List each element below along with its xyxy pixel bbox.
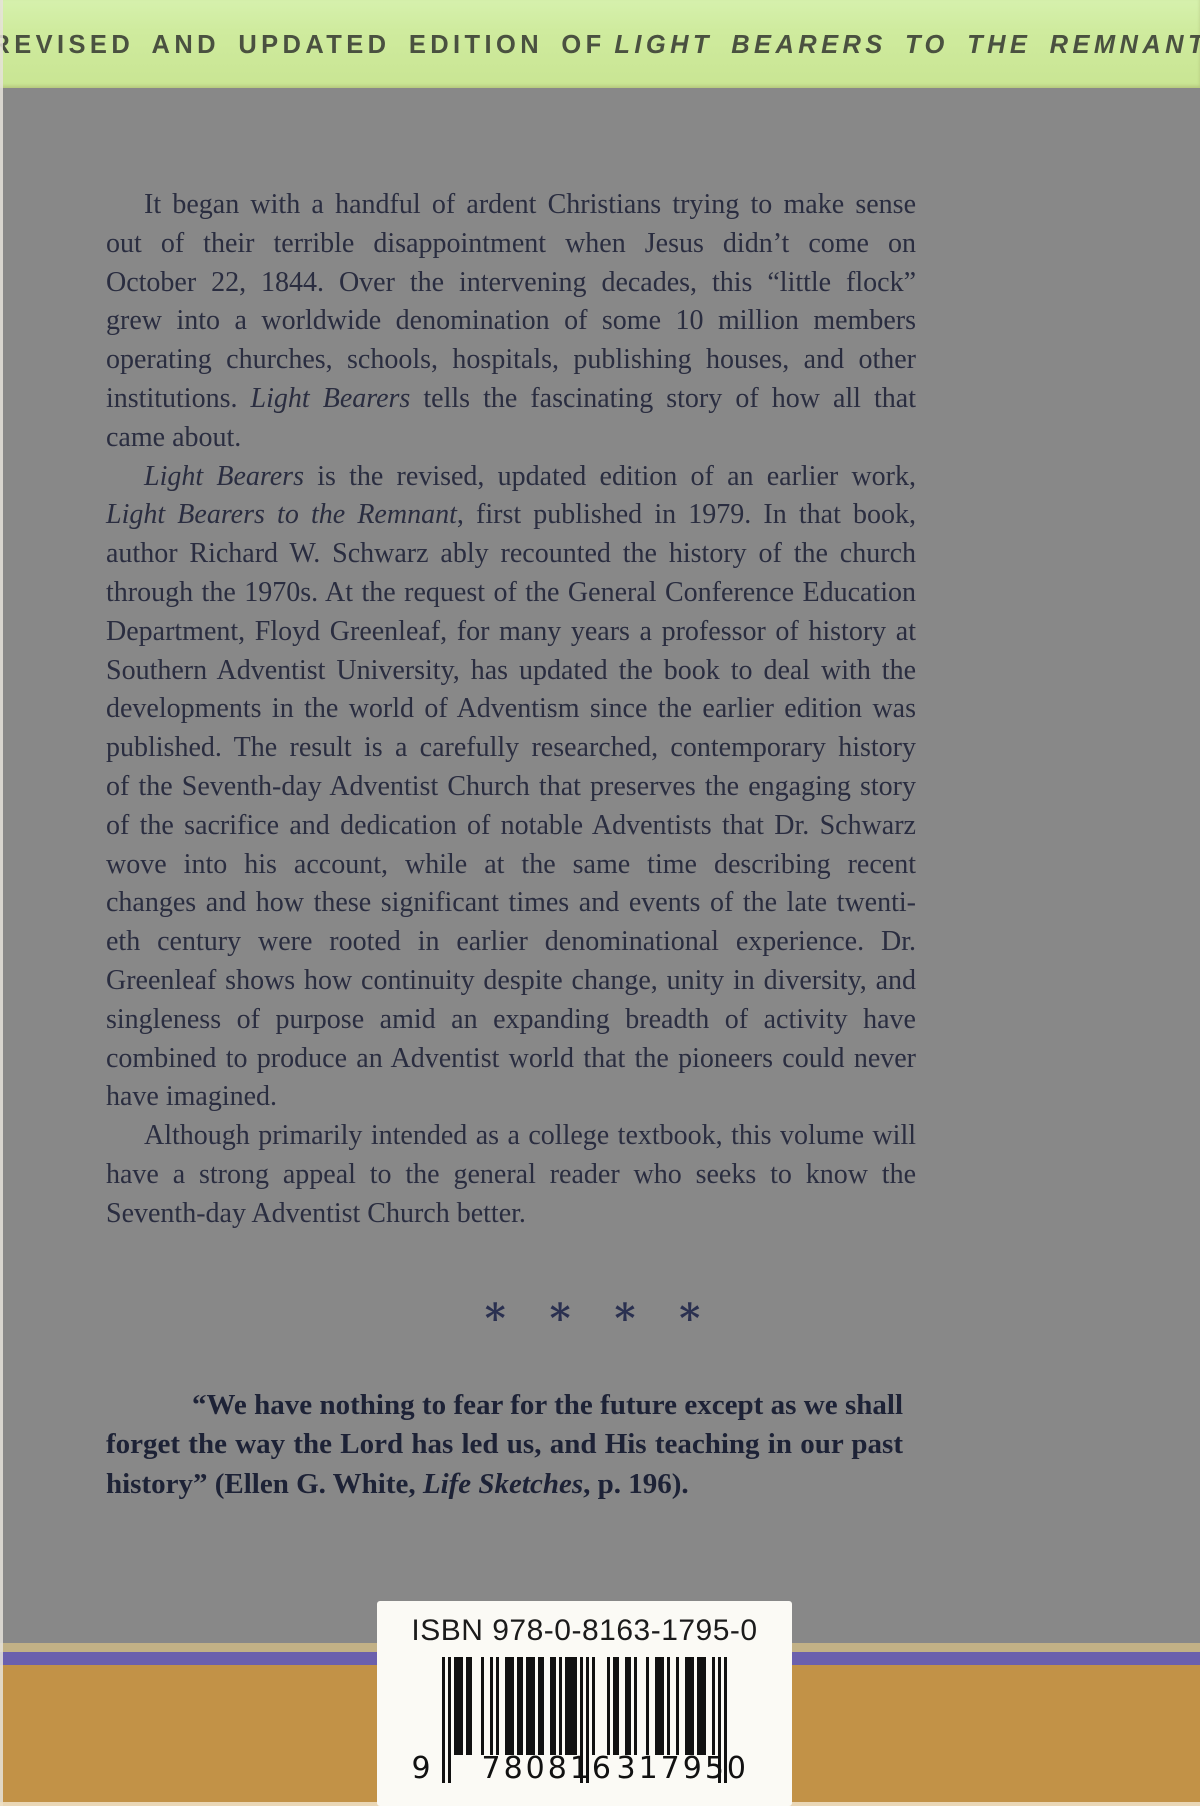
text-line: institutions. Light Bearers tells the fa…: [106, 380, 916, 419]
text-line: Southern Adventist University, has updat…: [106, 652, 916, 691]
text-line: author Richard W. Schwarz ably recounted…: [106, 535, 916, 574]
asterisk-separator: * * * *: [0, 1295, 1200, 1342]
text-line: combined to produce an Adventist world t…: [106, 1040, 916, 1079]
back-cover-copy: It began with a handful of ardent Christ…: [106, 186, 916, 1234]
text-line: eth century were rooted in earlier denom…: [106, 923, 916, 962]
paragraph: Although primarily intended as a college…: [106, 1117, 916, 1233]
text-line: Greenleaf shows how continuity despite c…: [106, 962, 916, 1001]
text-line: Department, Floyd Greenleaf, for many ye…: [106, 613, 916, 652]
ellen-white-quote: “We have nothing to fear for the future …: [106, 1386, 903, 1504]
text-line: singleness of purpose amid an expanding …: [106, 1001, 916, 1040]
text-line: Light Bearers to the Remnant, first publ…: [106, 496, 916, 535]
text-line: out of their terrible disappointment whe…: [106, 225, 916, 264]
text-line: changes and how these significant times …: [106, 884, 916, 923]
top-banner: REVISED AND UPDATED EDITION OFLIGHT BEAR…: [0, 0, 1200, 88]
text-line: grew into a worldwide denomination of so…: [106, 302, 916, 341]
barcode-digits-right: 317950: [617, 1751, 750, 1786]
banner-series-title: LIGHT BEARERS TO THE REMNANT: [615, 29, 1200, 59]
barcode-digits-left: 780816: [482, 1751, 615, 1786]
text-line: history” (Ellen G. White, Life Sketches,…: [106, 1465, 903, 1504]
text-line: published. The result is a carefully res…: [106, 729, 916, 768]
text-line: operating churches, schools, hospitals, …: [106, 341, 916, 380]
text-line: Although primarily intended as a college…: [106, 1117, 916, 1156]
isbn-barcode-box: ISBN 978-0-8163-1795-0 9 780816 317950: [377, 1601, 792, 1806]
text-line: came about.: [106, 419, 916, 458]
paragraph: Light Bearers is the revised, updated ed…: [106, 458, 916, 1118]
text-line: have imagined.: [106, 1078, 916, 1117]
text-line: of the sacrifice and dedication of notab…: [106, 807, 916, 846]
isbn-number: ISBN 978-0-8163-1795-0: [377, 1614, 792, 1648]
banner-text: REVISED AND UPDATED EDITION OFLIGHT BEAR…: [0, 29, 1200, 60]
barcode-digit-system: 9: [412, 1751, 434, 1786]
text-line: It began with a handful of ardent Christ…: [106, 186, 916, 225]
banner-prefix: REVISED AND UPDATED EDITION OF: [0, 29, 606, 59]
text-line: forget the way the Lord has led us, and …: [106, 1425, 903, 1464]
paragraph: “We have nothing to fear for the future …: [106, 1386, 903, 1504]
text-line: October 22, 1844. Over the intervening d…: [106, 264, 916, 303]
text-line: Light Bearers is the revised, updated ed…: [106, 458, 916, 497]
scan-edge-left: [0, 0, 3, 1806]
text-line: have a strong appeal to the general read…: [106, 1156, 916, 1195]
barcode: 9 780816 317950: [412, 1657, 758, 1789]
text-line: Seventh-day Adventist Church better.: [106, 1195, 916, 1234]
text-line: wove into his account, while at the same…: [106, 846, 916, 885]
paragraph: It began with a handful of ardent Christ…: [106, 186, 916, 458]
text-line: “We have nothing to fear for the future …: [106, 1386, 903, 1425]
text-line: developments in the world of Adventism s…: [106, 690, 916, 729]
text-line: of the Seventh-day Adventist Church that…: [106, 768, 916, 807]
book-back-cover: REVISED AND UPDATED EDITION OFLIGHT BEAR…: [0, 0, 1200, 1806]
text-line: through the 1970s. At the request of the…: [106, 574, 916, 613]
